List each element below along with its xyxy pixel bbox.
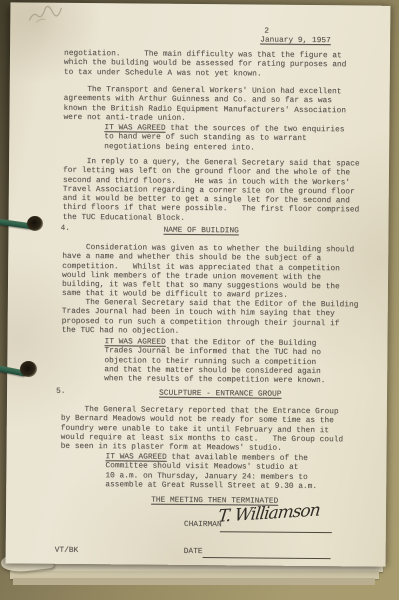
photographed-minutes-scan: 2 January 9, 1957 negotiation. The main … [0, 0, 399, 600]
pencil-scribble [26, 5, 64, 27]
it-was-agreed-label: IT WAS AGREED [104, 337, 165, 347]
page-number: 2 [264, 27, 269, 36]
resolution-editor: IT WAS AGREED that the Editor of the Bui… [104, 337, 326, 385]
section-5-number: 5. [56, 387, 66, 396]
it-was-agreed-label: IT WAS AGREED [104, 123, 165, 133]
punched-hole-bottom [20, 361, 37, 377]
typist-reference: VT/BK [55, 546, 79, 555]
section-4-heading: NAME OF BUILDING [163, 226, 238, 236]
resolution-enquiries: IT WAS AGREED that the sources of the tw… [104, 123, 344, 153]
date-heading: January 9, 1957 [260, 36, 331, 46]
chairman-label: CHAIRMAN [184, 520, 222, 530]
paragraph-letting-space: In reply to a query, the General Secreta… [63, 157, 360, 224]
sheet-edge [13, 578, 375, 585]
document-page: 2 January 9, 1957 negotiation. The main … [6, 2, 391, 566]
chairman-signature-line [220, 531, 332, 533]
it-was-agreed-label: IT WAS AGREED [105, 452, 166, 462]
paragraph-entrance-group: The General Secretary reported that the … [61, 405, 344, 454]
section-4-number: 4. [60, 224, 70, 233]
paragraph-negotiation: negotiation. The main difficulty was tha… [64, 49, 347, 79]
resolution-studio-visit: IT WAS AGREED that available members of … [105, 452, 317, 491]
paragraph-name-consideration: Consideration was given as to whether th… [62, 243, 354, 301]
date-line [203, 557, 331, 559]
punched-hole-top [27, 216, 43, 231]
date-label: DATE [184, 547, 203, 556]
paragraph-transport-union: The Transport and General Workers' Union… [63, 85, 346, 124]
section-5-heading: SCULPTURE - ENTRANCE GROUP [159, 389, 281, 399]
paragraph-editor-journal: The General Secretary said that the Edit… [62, 298, 359, 338]
